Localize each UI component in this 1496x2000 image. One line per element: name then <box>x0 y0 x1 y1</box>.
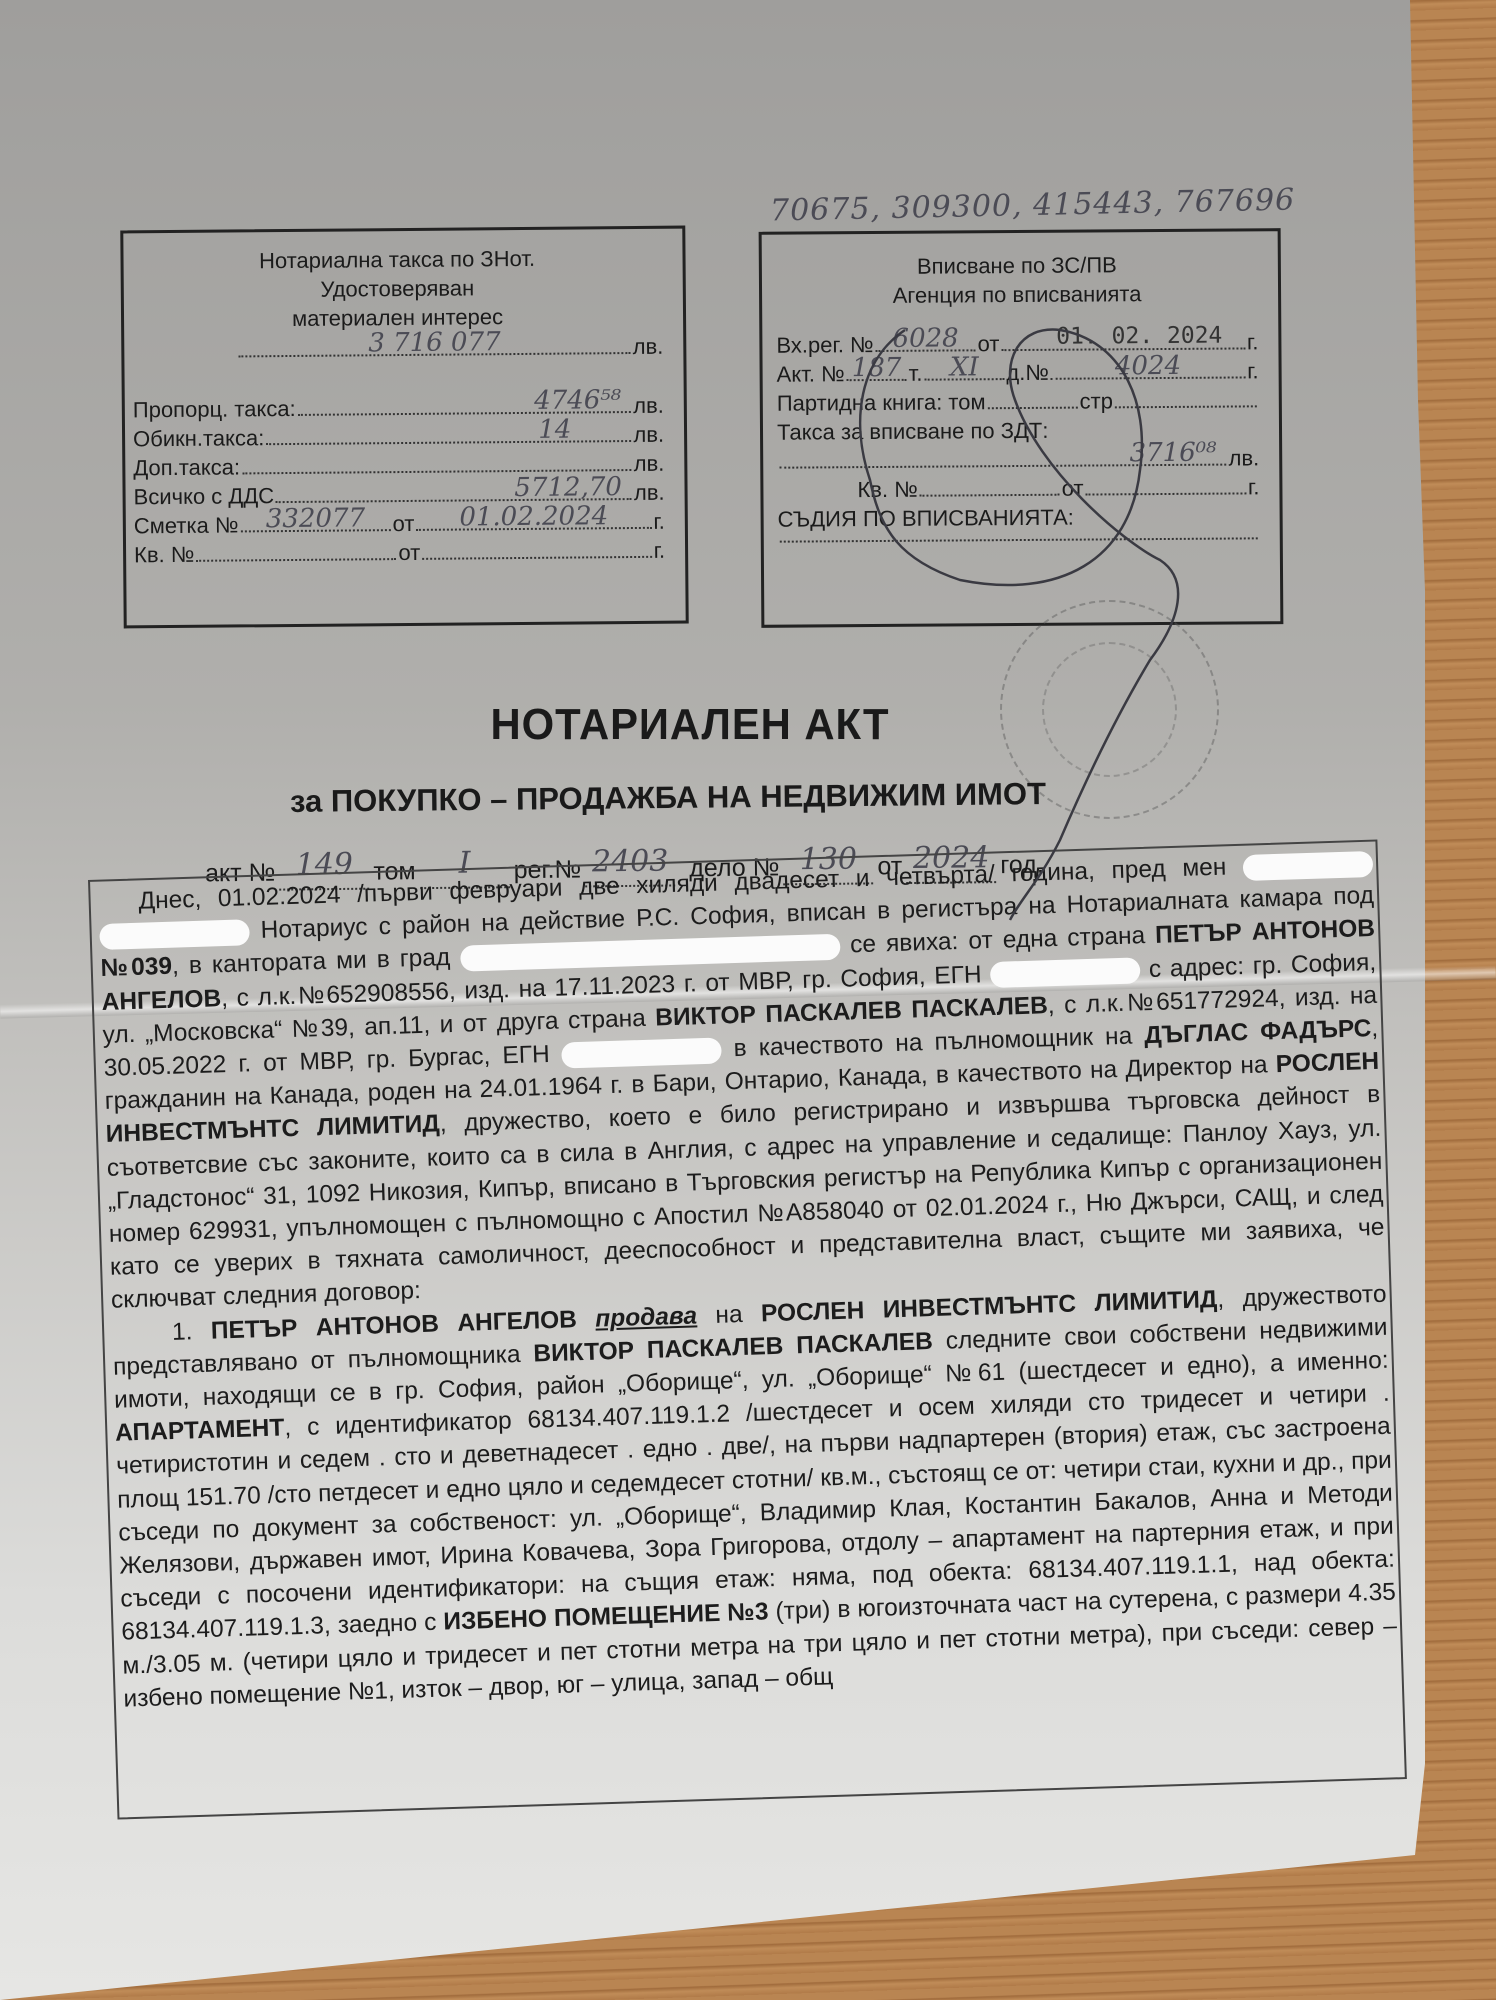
redacted-field <box>990 957 1141 988</box>
act-value: 187 <box>852 354 902 383</box>
redacted-field <box>1243 850 1374 880</box>
batch-book-row: Партидна книга: том стр <box>777 385 1259 417</box>
fee-box-heading-2: Удостоверяван <box>132 272 663 306</box>
act-case-value: 4024 <box>1115 352 1181 381</box>
registry-receipt-row: Кв. № от г. <box>777 472 1259 504</box>
registry-box: Вписване по ЗС/ПВ Агенция по вписванията… <box>759 228 1284 628</box>
registry-fee-unit: лв. <box>1228 443 1259 472</box>
receipt-label: Кв. № <box>134 540 195 570</box>
invoice-number: 332077 <box>266 504 366 534</box>
registry-receipt-suffix: г. <box>1248 472 1260 501</box>
fee-unit: лв. <box>633 420 664 449</box>
incoming-reg-from: от <box>977 329 999 358</box>
act-suffix: г. <box>1247 356 1259 385</box>
act-vol-label: т. <box>909 359 923 388</box>
receipt-from-label: от <box>398 538 420 567</box>
fee-label: Доп.такса: <box>133 452 240 482</box>
invoice-from-label: от <box>392 509 414 538</box>
incoming-reg-value: 6028 <box>892 324 958 353</box>
registry-heading-2: Агенция по вписванията <box>776 278 1258 310</box>
invoice-label: Сметка № <box>134 510 239 540</box>
fee-label: Пропорц. такса: <box>133 394 296 424</box>
fee-row: Пропорц. такса: 4746⁵⁸ лв. <box>133 391 664 425</box>
document-title: НОТАРИАЛЕН АКТ <box>491 700 890 750</box>
fee-value: 4746⁵⁸ <box>534 386 621 416</box>
invoice-suffix: г. <box>653 507 665 536</box>
emphasized-text: ИЗБЕНО ПОМЕЩЕНИЕ №3 <box>443 1599 769 1636</box>
incoming-reg-suffix: г. <box>1247 327 1259 356</box>
fee-value: 14 <box>538 416 571 445</box>
registry-fee-value: 3716⁰⁸ <box>1129 439 1216 469</box>
notary-fee-box: Нотариална такса по ЗНот. Удостоверяван … <box>120 226 688 629</box>
emphasized-text: продава <box>595 1302 698 1332</box>
act-label: Акт. № <box>777 359 845 388</box>
registry-fee-label: Такса за вписване по ЗДТ: <box>777 416 1049 447</box>
contract-body: Днес, 01.02.2024 /първи февруари две хил… <box>98 846 1398 1716</box>
fee-box-heading-1: Нотариална такса по ЗНот. <box>131 243 662 277</box>
act-row: Акт. № 187 т. XI д.№ 4024 г. <box>777 356 1259 388</box>
body-text-segment <box>576 1305 595 1333</box>
judge-signature-line <box>778 536 1260 542</box>
judge-label: СЪДИЯ ПО ВПИСВАНИЯТА: <box>778 503 1074 534</box>
contract-paragraph: 1. ПЕТЪР АНТОНОВ АНГЕЛОВ продава на РОСЛ… <box>112 1277 1399 1715</box>
redacted-field <box>561 1037 722 1068</box>
contract-paragraph: Днес, 01.02.2024 /първи февруари две хил… <box>98 846 1386 1317</box>
fee-label: Обикн.такса: <box>133 423 264 453</box>
judge-row: СЪДИЯ ПО ВПИСВАНИЯТА: <box>778 501 1260 533</box>
emphasized-text: АПАРТАМЕНТ <box>115 1415 285 1447</box>
emphasized-text: ВИКТОР ПАСКАЛЕВ ПАСКАЛЕВ <box>655 992 1048 1031</box>
act-vol-value: XI <box>950 353 979 382</box>
receipt-suffix: г. <box>654 536 666 565</box>
body-text-segment: 1. <box>172 1317 212 1345</box>
redacted-field <box>99 919 250 950</box>
receipt-row: Кв. № от г. <box>134 536 665 570</box>
emphasized-text: ВИКТОР ПАСКАЛЕВ ПАСКАЛЕВ <box>533 1328 933 1368</box>
fee-value: 5712,70 <box>514 473 622 503</box>
material-interest-value: 3 716 077 <box>368 328 501 358</box>
registry-heading-1: Вписване по ЗС/ПВ <box>776 249 1258 281</box>
body-text-segment: се явиха: от една страна <box>840 922 1156 959</box>
registry-receipt-from: от <box>1062 474 1084 503</box>
material-interest-unit: лв. <box>633 332 664 361</box>
emphasized-text: ДЪГЛАС ФАДЪРС <box>1144 1015 1372 1049</box>
batch-book-label: Партидна книга: том <box>777 387 986 417</box>
emphasized-text: №039 <box>100 953 172 982</box>
invoice-date: 01.02.2024 <box>459 502 608 532</box>
fee-row: Обикн.такса: 14 лв. <box>133 420 664 454</box>
material-interest-row: 3 716 077 лв. <box>236 332 663 365</box>
fee-label: Всичко с ДДС <box>133 481 274 511</box>
fee-unit: лв. <box>633 391 664 420</box>
act-case-label: д.№ <box>1006 358 1049 387</box>
body-text-segment: на <box>697 1300 762 1329</box>
registry-fee-row: 3716⁰⁸ лв. <box>777 443 1259 475</box>
registry-receipt-label: Кв. № <box>857 475 918 504</box>
redacted-field <box>460 934 841 972</box>
body-text-segment: , в кантората ми в град <box>172 944 461 980</box>
invoice-row: Сметка № 332077 от 01.02.2024 г. <box>134 507 665 541</box>
batch-book-page-label: стр <box>1079 386 1113 415</box>
fee-unit: лв. <box>634 478 665 507</box>
fee-unit: лв. <box>634 449 665 478</box>
